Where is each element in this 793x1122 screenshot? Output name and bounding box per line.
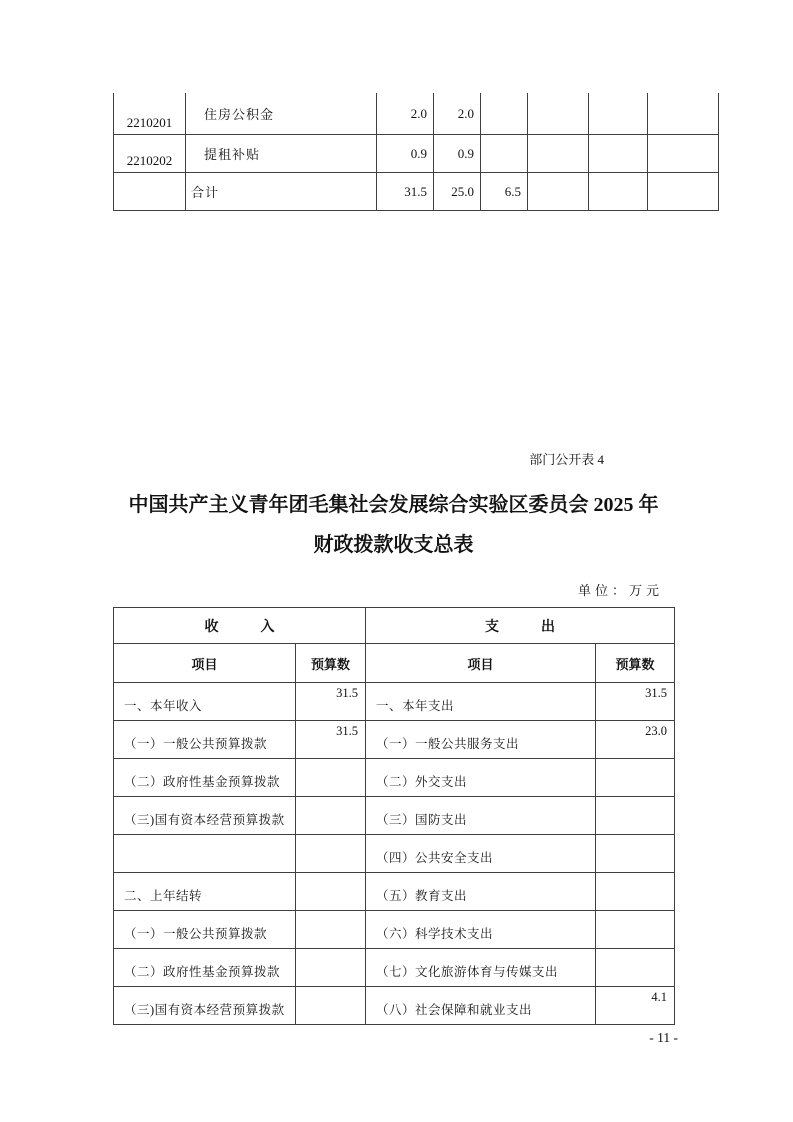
item-name-cell: 住房公积金 (186, 93, 377, 135)
item-header-cell: 项目 (114, 644, 296, 683)
table-row: （二）政府性基金预算拨款 （七）文化旅游体育与传媒支出 (114, 949, 675, 987)
income-item-cell: （二）政府性基金预算拨款 (114, 759, 296, 797)
value-cell: 31.5 (377, 173, 434, 211)
empty-cell (589, 173, 648, 211)
empty-cell (589, 135, 648, 173)
document-page: 2210201 住房公积金 2.0 2.0 2210202 提租补贴 0.9 0… (0, 0, 793, 1122)
table-header-row: 收 入 支 出 (114, 608, 675, 644)
expense-value-cell (596, 949, 675, 987)
value-cell: 0.9 (377, 135, 434, 173)
table-row: 二、上年结转 （五）教育支出 (114, 873, 675, 911)
table-row: （一）一般公共预算拨款 （六）科学技术支出 (114, 911, 675, 949)
expense-value-cell: 4.1 (596, 987, 675, 1025)
table-row: （一）一般公共预算拨款 31.5 （一）一般公共服务支出 23.0 (114, 721, 675, 759)
empty-cell (648, 93, 719, 135)
expense-header-cell: 支 出 (366, 608, 675, 644)
income-value-cell (296, 759, 366, 797)
expense-item-cell: （四）公共安全支出 (366, 835, 596, 873)
empty-cell (528, 93, 589, 135)
expense-value-cell (596, 835, 675, 873)
empty-cell (296, 835, 366, 873)
income-value-cell: 31.5 (296, 683, 366, 721)
income-item-cell: （二）政府性基金预算拨款 (114, 949, 296, 987)
budget-header-cell: 预算数 (296, 644, 366, 683)
income-item-cell: （三)国有资本经营预算拨款 (114, 797, 296, 835)
expense-item-cell: （八）社会保障和就业支出 (366, 987, 596, 1025)
table-row: 2210201 住房公积金 2.0 2.0 (114, 93, 719, 135)
table-note: 部门公开表 4 (529, 449, 604, 468)
empty-cell (648, 173, 719, 211)
total-label-cell: 合计 (186, 173, 377, 211)
income-value-cell (296, 873, 366, 911)
income-item-cell: （三)国有资本经营预算拨款 (114, 987, 296, 1025)
table-row: （二）政府性基金预算拨款 （二）外交支出 (114, 759, 675, 797)
value-cell: 0.9 (434, 135, 481, 173)
table-subheader-row: 项目 预算数 项目 预算数 (114, 644, 675, 683)
expense-value-cell (596, 759, 675, 797)
value-cell: 25.0 (434, 173, 481, 211)
item-header-cell: 项目 (366, 644, 596, 683)
expense-item-cell: （七）文化旅游体育与传媒支出 (366, 949, 596, 987)
page-title-line1: 中国共产主义青年团毛集社会发展综合实验区委员会 2025 年 (113, 485, 674, 525)
account-code-cell: 2210202 (114, 135, 186, 173)
empty-cell (528, 135, 589, 173)
account-code-cell (114, 173, 186, 211)
income-header-cell: 收 入 (114, 608, 366, 644)
expense-item-cell: 一、本年支出 (366, 683, 596, 721)
expense-item-cell: （一）一般公共服务支出 (366, 721, 596, 759)
page-title-line2: 财政拨款收支总表 (113, 525, 674, 565)
expense-item-cell: （五）教育支出 (366, 873, 596, 911)
value-cell (481, 93, 528, 135)
account-code-cell: 2210201 (114, 93, 186, 135)
value-cell: 6.5 (481, 173, 528, 211)
budget-header-cell: 预算数 (596, 644, 675, 683)
expense-value-cell: 31.5 (596, 683, 675, 721)
expense-value-cell (596, 797, 675, 835)
item-name-cell: 提租补贴 (186, 135, 377, 173)
income-value-cell (296, 797, 366, 835)
value-cell (481, 135, 528, 173)
income-value-cell (296, 911, 366, 949)
income-item-cell: 二、上年结转 (114, 873, 296, 911)
page-title: 中国共产主义青年团毛集社会发展综合实验区委员会 2025 年 财政拨款收支总表 (113, 485, 674, 565)
value-cell: 2.0 (434, 93, 481, 135)
income-item-cell: （一）一般公共预算拨款 (114, 721, 296, 759)
table-row: 一、本年收入 31.5 一、本年支出 31.5 (114, 683, 675, 721)
expense-item-cell: （六）科学技术支出 (366, 911, 596, 949)
expense-item-cell: （三）国防支出 (366, 797, 596, 835)
table-row: （四）公共安全支出 (114, 835, 675, 873)
empty-cell (114, 835, 296, 873)
empty-cell (648, 135, 719, 173)
page-number: - 11 - (649, 1030, 678, 1046)
expense-value-cell (596, 911, 675, 949)
expense-item-cell: （二）外交支出 (366, 759, 596, 797)
table-row: 2210202 提租补贴 0.9 0.9 (114, 135, 719, 173)
empty-cell (528, 173, 589, 211)
table-row: （三)国有资本经营预算拨款 （八）社会保障和就业支出 4.1 (114, 987, 675, 1025)
income-item-cell: （一）一般公共预算拨款 (114, 911, 296, 949)
income-value-cell (296, 949, 366, 987)
income-item-cell: 一、本年收入 (114, 683, 296, 721)
detail-table: 2210201 住房公积金 2.0 2.0 2210202 提租补贴 0.9 0… (113, 93, 719, 211)
table-row: （三)国有资本经营预算拨款 （三）国防支出 (114, 797, 675, 835)
income-value-cell (296, 987, 366, 1025)
unit-label: 单位：万元 (578, 580, 663, 599)
summary-table: 收 入 支 出 项目 预算数 项目 预算数 一、本年收入 31.5 一、本年支出… (113, 607, 675, 1025)
value-cell: 2.0 (377, 93, 434, 135)
table-row-total: 合计 31.5 25.0 6.5 (114, 173, 719, 211)
income-value-cell: 31.5 (296, 721, 366, 759)
expense-value-cell (596, 873, 675, 911)
empty-cell (589, 93, 648, 135)
expense-value-cell: 23.0 (596, 721, 675, 759)
